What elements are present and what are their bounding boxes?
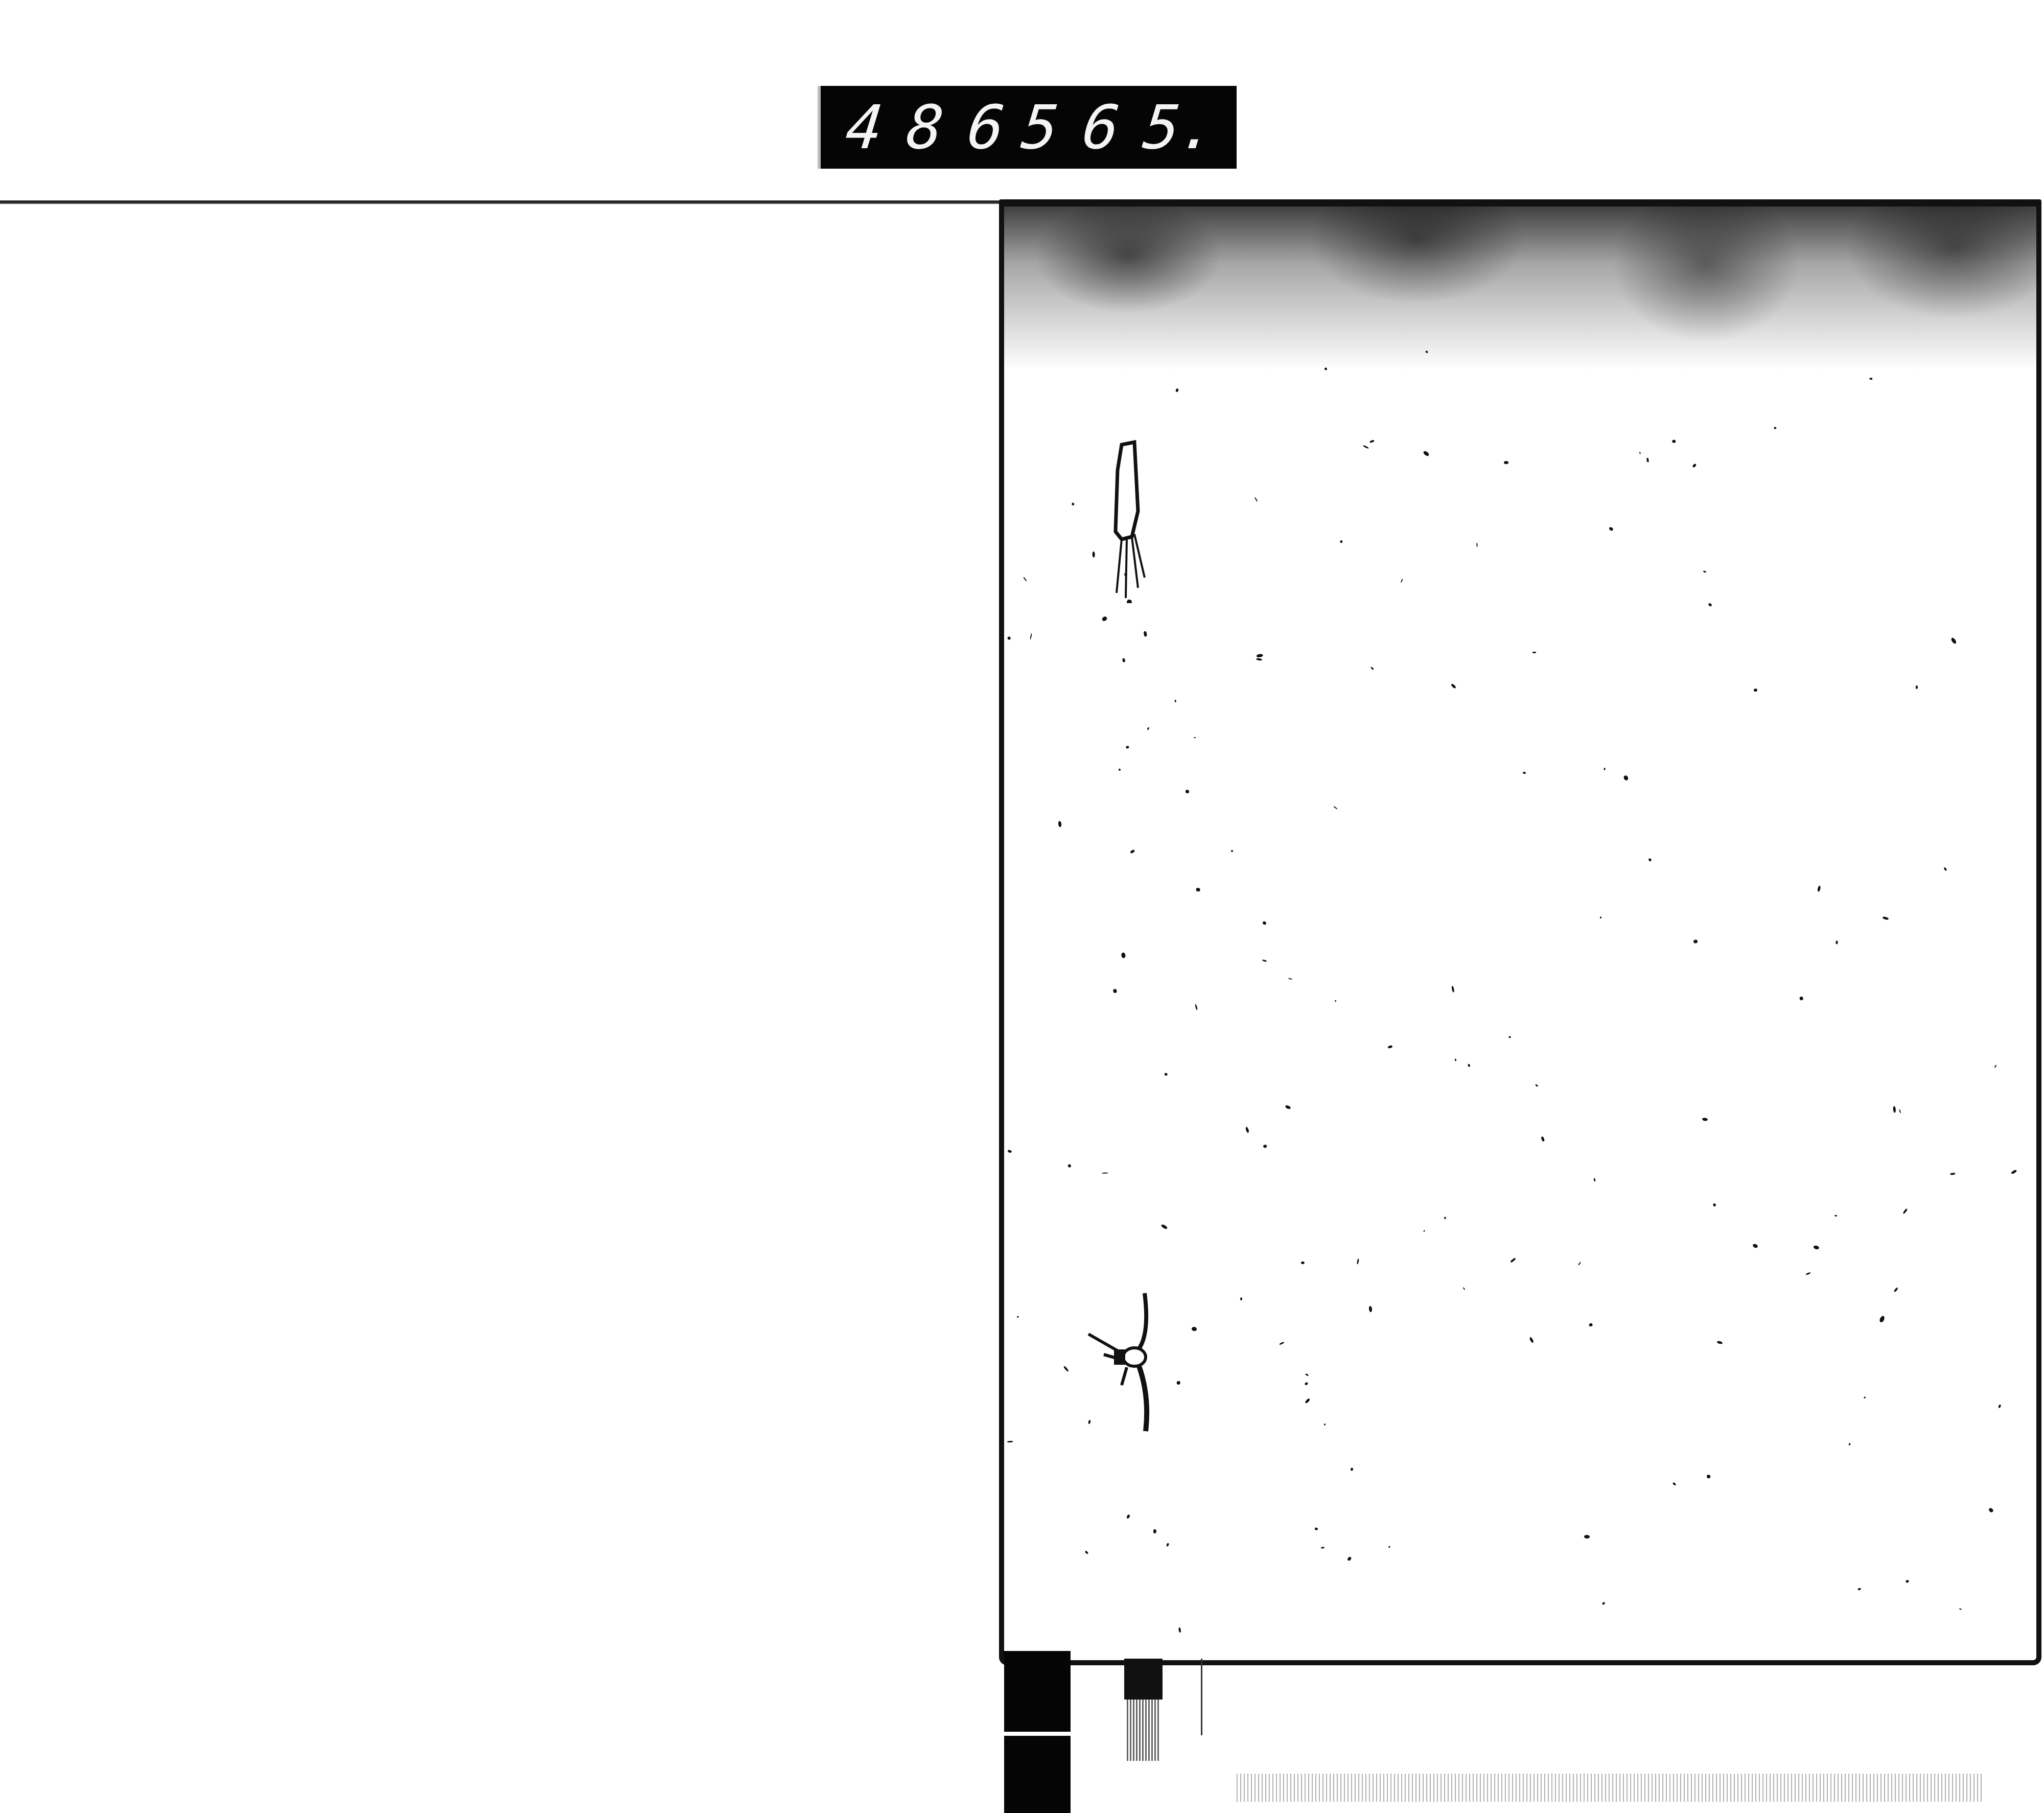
speck [1455,1059,1457,1061]
speck [1754,688,1758,692]
speck [1706,1474,1711,1479]
speck [1451,986,1454,993]
speck [1130,849,1135,854]
speck [1143,631,1147,636]
speck [1347,1556,1352,1561]
speck [1388,1546,1390,1548]
speck [1063,1365,1069,1371]
speck [1716,1341,1723,1344]
speck [1194,737,1196,739]
speck [1102,616,1108,622]
speck [1423,450,1430,457]
speck [1339,540,1343,543]
speck [1753,1243,1759,1248]
edge-discoloration [1004,206,2036,370]
speck [1387,1045,1392,1049]
speck [1673,1482,1677,1486]
speck [1196,888,1201,892]
speck [1185,789,1190,794]
insect-mark-icon [1073,1278,1175,1441]
speck [1175,700,1176,702]
speck [1899,1109,1901,1113]
speck [1371,667,1374,670]
speck [1122,658,1125,662]
speck [1578,1261,1581,1266]
speck [1959,1608,1962,1610]
counter-digit: 5. [1141,97,1219,157]
speck [1944,867,1947,871]
speck [1368,1306,1372,1312]
speck [1119,768,1121,771]
speck [1335,1000,1337,1002]
speck [1462,1287,1465,1290]
speck [1476,543,1478,547]
speck [1703,570,1706,572]
speck [1623,775,1629,782]
speck [1102,1173,1108,1174]
speck [1774,426,1777,429]
speck [1166,1543,1169,1546]
speck [1305,1397,1311,1404]
counter-digit: 8 [904,97,946,157]
speck [1589,1323,1593,1327]
speck [1321,1546,1325,1549]
speck [1147,727,1149,730]
speck [1178,1627,1181,1633]
speck [1893,1106,1896,1113]
speck [1153,1529,1157,1534]
frame-counter: 4 8 6 5 6 5. [818,86,1237,169]
speck [1504,461,1508,464]
speck [1906,1579,1909,1583]
speck [1858,1588,1861,1590]
speck [1800,996,1804,1000]
speck [1692,463,1697,468]
speck [1030,633,1033,640]
speck [1879,1316,1885,1323]
speck [1869,378,1872,380]
page-divider-rule [0,200,1002,204]
speck [1231,850,1233,852]
speck [1532,652,1536,653]
speck [1279,1342,1285,1345]
speck [1998,1404,2001,1408]
speck [1535,1084,1538,1087]
speck [1702,1117,1708,1121]
counter-group-right: 5 6 5. [1022,97,1216,157]
blank-card [999,199,2041,1665]
speck [1324,1424,1326,1426]
speck [1902,1208,1908,1214]
speck [1314,1527,1318,1530]
speck [1023,577,1027,581]
speck [1058,821,1062,827]
speck [1713,1203,1716,1207]
speck [1085,1551,1089,1554]
speck [1121,952,1126,958]
speck [1523,772,1526,774]
speck [1584,1535,1590,1539]
speck [1848,1442,1851,1445]
speck [1263,1144,1267,1148]
speck [1007,1440,1013,1442]
film-edge-strip [1124,1659,1163,1700]
speck [1072,502,1075,506]
speck [1599,916,1601,919]
speck [1160,1224,1168,1230]
speck [1400,579,1403,583]
speck [1175,388,1179,392]
speck [1639,452,1640,454]
speck [1806,1272,1811,1275]
speck [1126,746,1129,749]
speck [1673,440,1676,443]
speck [1604,768,1606,770]
speck [1601,1601,1606,1605]
speck [1915,685,1918,689]
counter-group-left: 4 8 6 [846,97,1004,157]
speck [1092,551,1095,557]
speck [1350,1467,1354,1471]
speck [1192,1326,1197,1330]
speck [1363,445,1369,449]
insect-mark-icon [1106,440,1152,603]
speck [1836,940,1838,944]
speck [1262,959,1267,962]
speck [1510,1257,1516,1263]
speck [1256,658,1262,661]
speck [1541,1136,1545,1142]
speck [1007,637,1011,640]
speck [1444,1217,1446,1219]
speck [1950,637,1957,644]
speck [1594,1178,1596,1182]
speck [1529,1337,1534,1343]
speck [1609,526,1614,531]
speck [1008,1150,1012,1153]
speck [1113,989,1118,993]
scan-noise-band [1237,1774,1983,1802]
film-edge-line [1201,1659,1202,1735]
speck [1693,939,1698,943]
speck [1165,1073,1168,1076]
speck [1994,1064,1997,1068]
film-edge-noise [1127,1700,1160,1761]
speck [1255,497,1258,502]
counter-digit: 5 [1019,97,1061,157]
speck [1509,1036,1511,1038]
speck [1357,1258,1359,1264]
speck [1863,1396,1866,1399]
speck [2010,1169,2017,1175]
speck [1300,1261,1305,1265]
speck [1256,654,1263,658]
counter-digit: 4 [843,97,886,157]
speck [1893,1287,1898,1293]
speck [1240,1297,1242,1300]
speck [1177,1381,1181,1385]
speck [1304,1382,1308,1386]
counter-digit: 6 [965,97,1007,157]
speck [1195,1004,1198,1011]
speck [1817,885,1821,891]
speck [1369,440,1375,443]
speck [1423,1230,1425,1232]
speck [1288,978,1292,980]
speck [1245,1127,1249,1133]
speck [1648,858,1652,862]
speck [1950,1173,1956,1176]
counter-digit: 6 [1080,97,1122,157]
speck [1017,1316,1019,1318]
strip-gap [1004,1732,1071,1736]
speck [1988,1507,1994,1513]
speck [1883,916,1889,920]
speck [1646,458,1648,463]
speck [1263,921,1267,926]
speck [1067,1164,1072,1168]
speck [1451,683,1457,689]
speck [1126,1514,1130,1519]
speck [1285,1105,1291,1110]
speck [1834,1215,1837,1217]
speck [1468,1063,1470,1067]
speck [1813,1245,1819,1250]
speck [1333,806,1337,810]
speck [1708,603,1712,607]
speck [1305,1373,1309,1376]
